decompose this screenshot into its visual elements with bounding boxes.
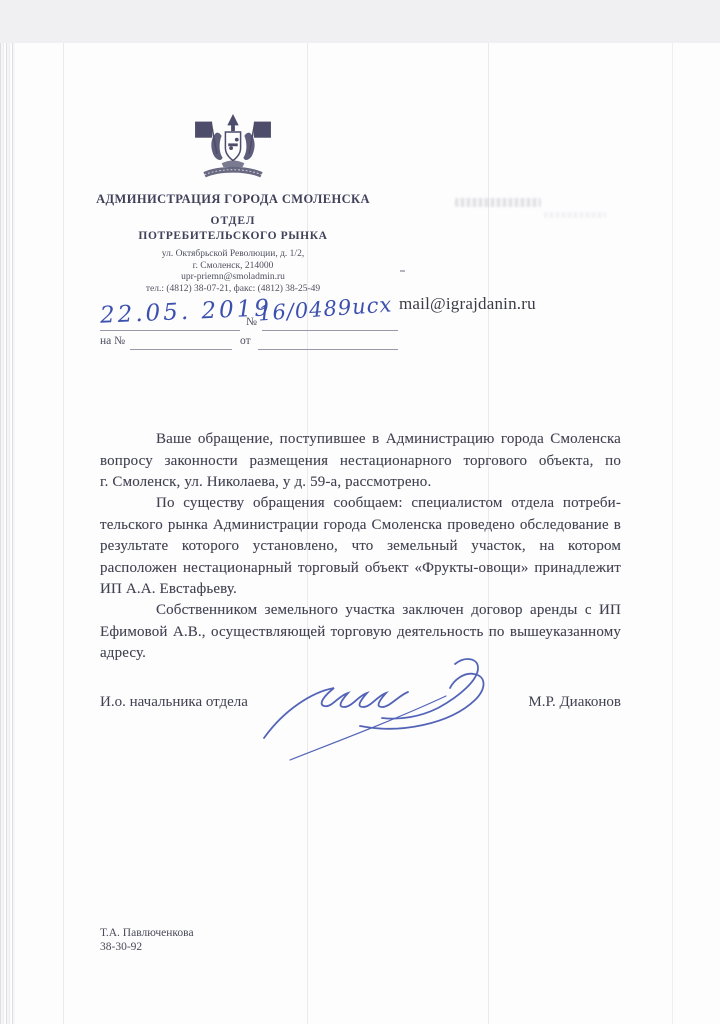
executor-name: Т.А. Павлюченкова [100, 927, 194, 941]
body-line: вопросу законности размещения нестациона… [100, 451, 621, 473]
body-paragraph: По существу обращения сообщаем: специали… [100, 493, 621, 601]
body-line: г. Смоленск, ул. Николаева, у д. 59-а, р… [100, 472, 621, 494]
dept-name-line2: ПОТРЕБИТЕЛЬСКОГО РЫНКА [95, 230, 371, 242]
recipient-email: mail@igrajdanin.ru [399, 294, 536, 314]
scan-top-band [0, 0, 720, 43]
executor-block: Т.А. Павлюченкова 38-30-92 [100, 927, 194, 954]
outgoing-number-label: № [246, 316, 257, 328]
reply-date-underline [258, 349, 398, 350]
org-name: АДМИНИСТРАЦИЯ ГОРОДА СМОЛЕНСКА [95, 192, 371, 207]
reply-date-label: от [240, 335, 251, 347]
body-line: расположен нестационарный торговый объек… [100, 558, 621, 580]
body-line: Ваше обращение, поступившее в Администра… [100, 429, 621, 451]
scan-fold-line [63, 43, 64, 1024]
body-line: Собственником земельного участка заключе… [100, 600, 621, 622]
body-line: тельского рынка Администрации города Смо… [100, 515, 621, 537]
smolensk-coat-of-arms-icon [186, 114, 280, 188]
body-line: Ефимовой А.В., осуществляющей торговую д… [100, 622, 621, 644]
reply-number-label: на № [100, 335, 125, 347]
body-paragraph: Ваше обращение, поступившее в Администра… [100, 429, 621, 494]
org-address-line4: тел.: (4812) 38-07-21, факс: (4812) 38-2… [95, 284, 371, 296]
org-address-line1: ул. Октябрьской Революции, д. 1/2, [95, 249, 371, 261]
body-line: По существу обращения сообщаем: специали… [100, 493, 621, 515]
date-underline [100, 330, 240, 331]
org-address: ул. Октябрьской Революции, д. 1/2, г. См… [95, 249, 371, 295]
org-address-line2: г. Смоленск, 214000 [95, 261, 371, 273]
reply-number-underline [130, 349, 232, 350]
scan-left-edge-artifact [0, 43, 15, 1024]
number-underline [262, 330, 398, 331]
signer-name: М.Р. Диаконов [421, 694, 621, 711]
scan-fold-line [672, 43, 673, 1024]
body-line: ИП А.А. Евстафьеву. [100, 579, 621, 601]
scan-speck [400, 270, 405, 272]
org-address-line3: upr-priemn@smoladmin.ru [95, 272, 371, 284]
body-line: результате которого установлено, что зем… [100, 536, 621, 558]
erased-text-smudge [455, 198, 541, 207]
outgoing-number-handwritten: 16/0489исх [257, 292, 393, 325]
signer-position-title: И.о. начальника отдела [100, 694, 248, 711]
scanned-letter-page: АДМИНИСТРАЦИЯ ГОРОДА СМОЛЕНСКА ОТДЕЛ ПОТ… [0, 0, 720, 1024]
executor-phone: 38-30-92 [100, 941, 194, 955]
erased-text-smudge [544, 212, 606, 218]
dept-name-line1: ОТДЕЛ [95, 215, 371, 227]
